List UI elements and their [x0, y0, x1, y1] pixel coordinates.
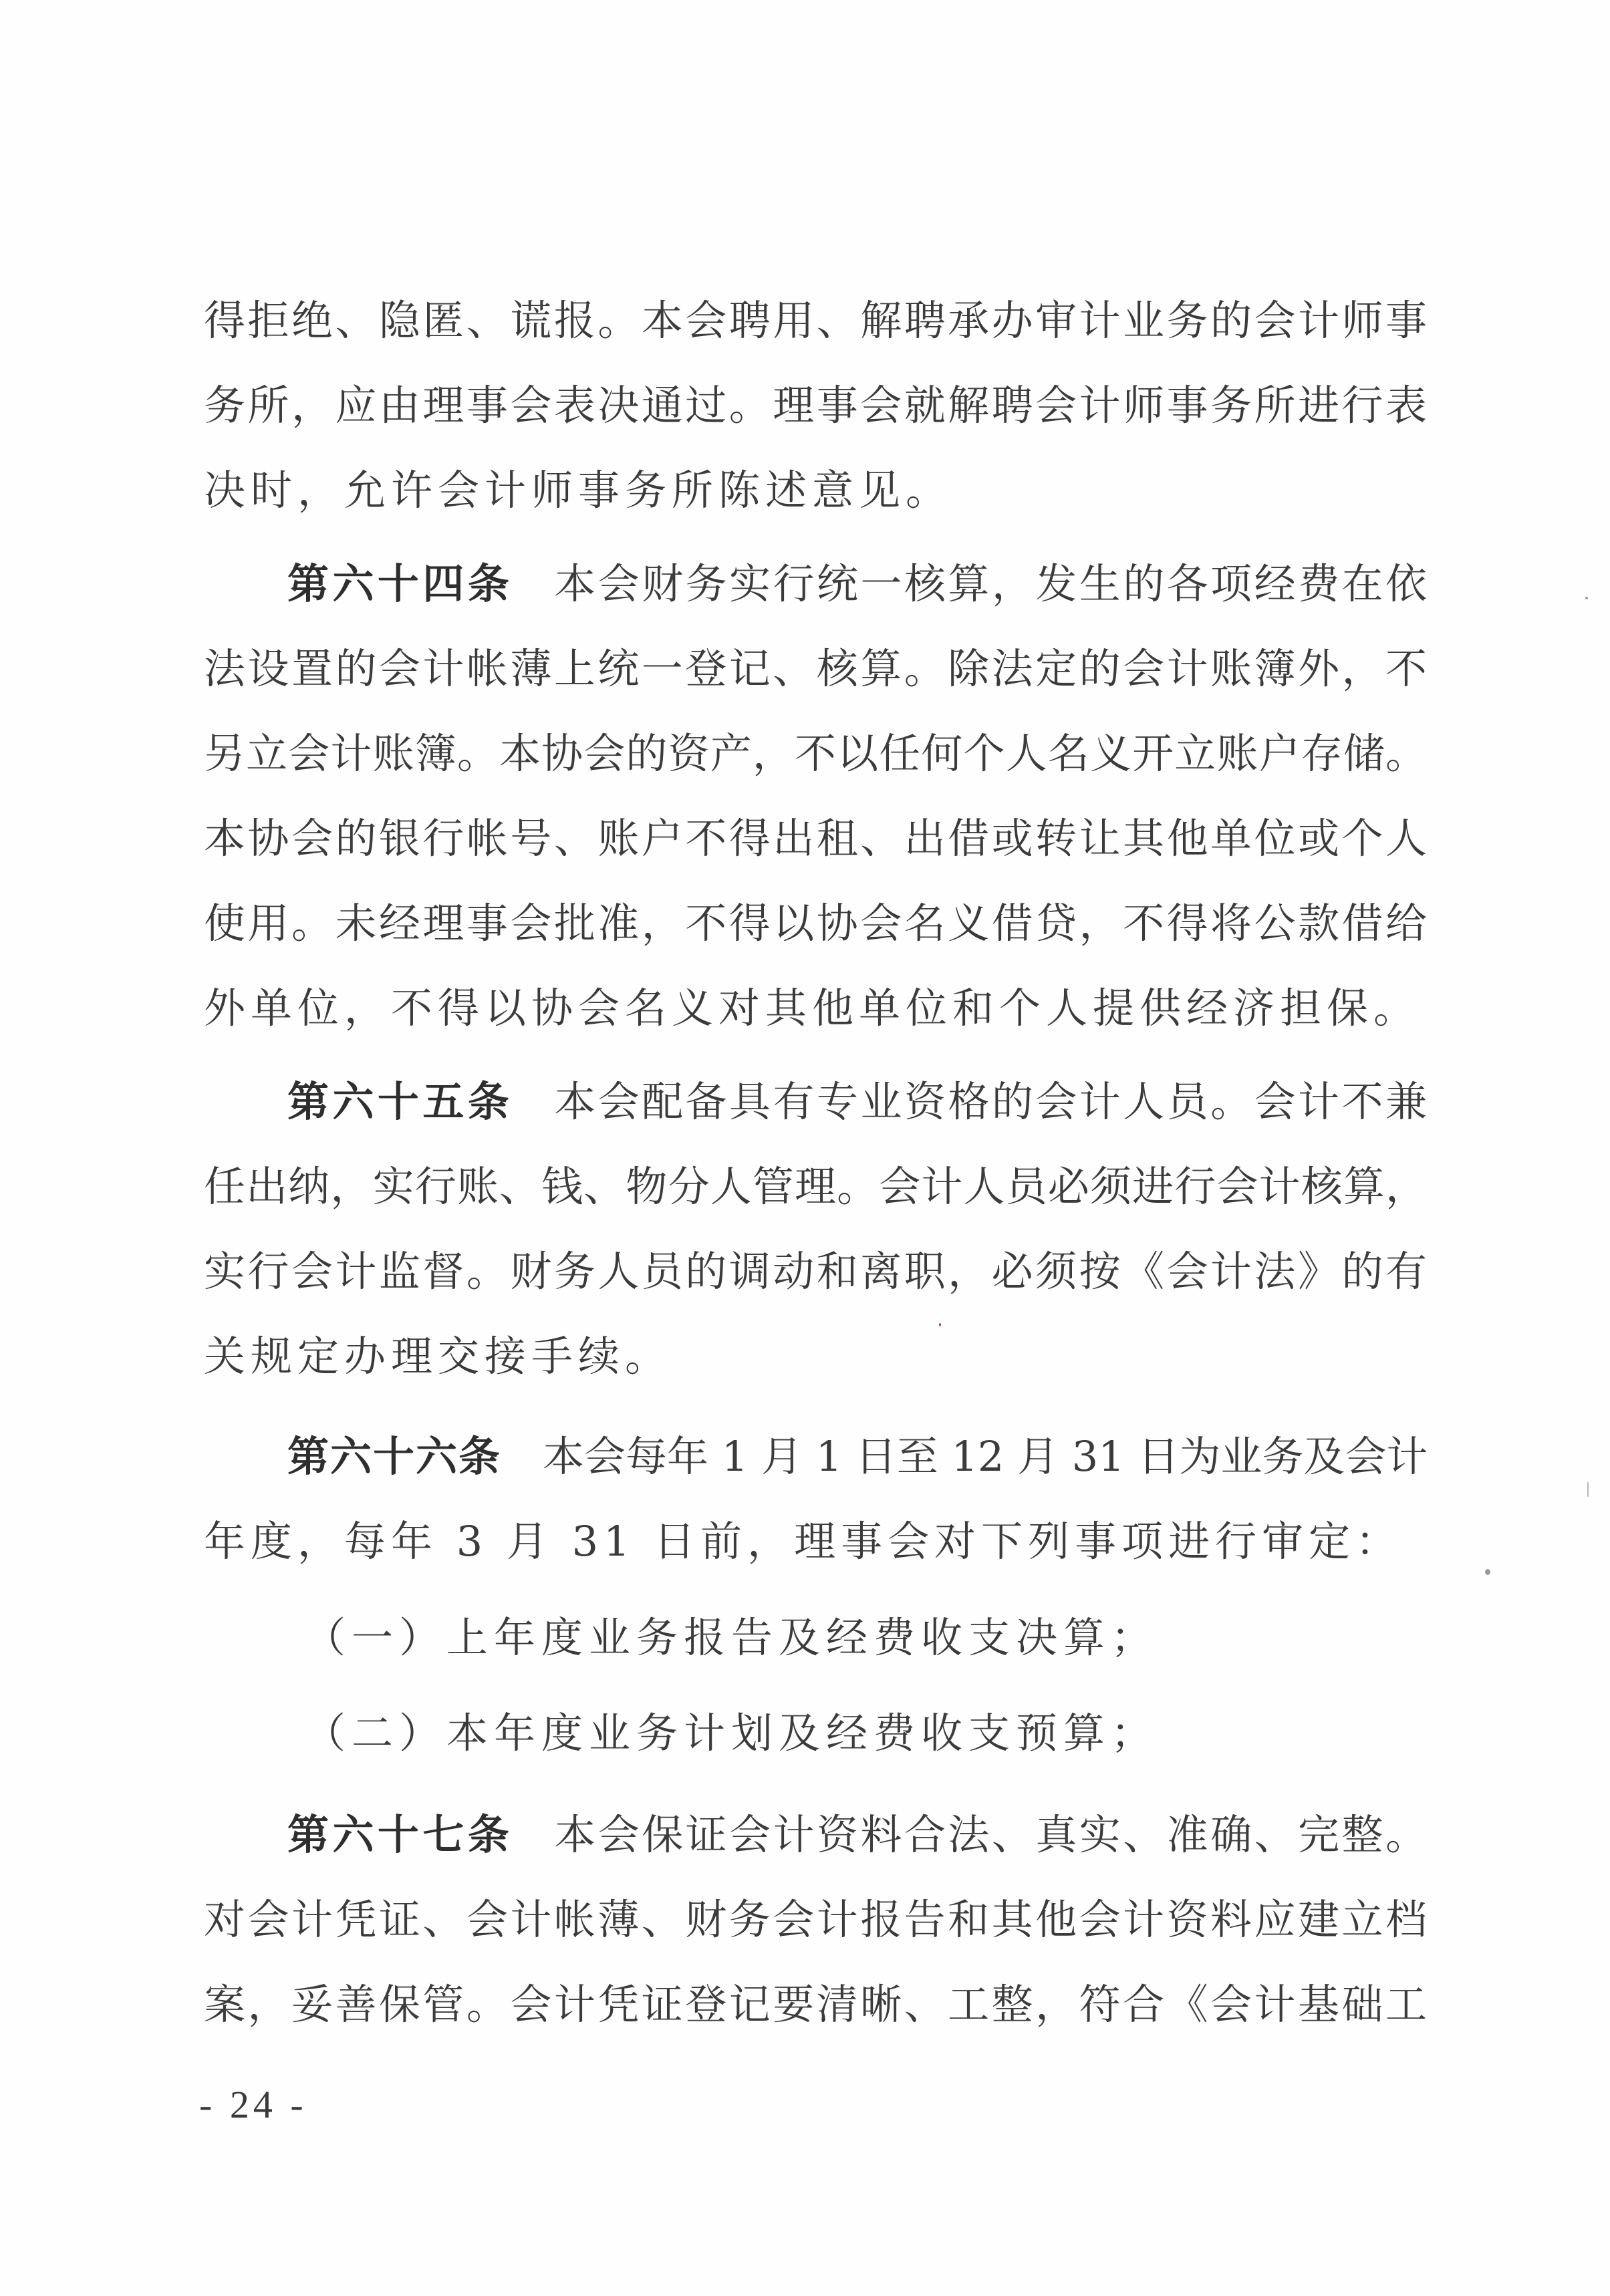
- article-67-first-line: 第六十七条本会保证会计资料合法、真实、准确、完整。: [287, 1805, 1427, 1865]
- document-page: 得拒绝、隐匿、谎报。本会聘用、解聘承办审计业务的会计师事 务所，应由理事会表决通…: [0, 0, 1610, 2296]
- article-text: 本会保证会计资料合法、真实、准确、完整。: [554, 1810, 1427, 1859]
- article-title: 第六十七条: [287, 1810, 513, 1859]
- article-64-first-line: 第六十四条本会财务实行统一核算，发生的各项经费在依: [287, 554, 1427, 614]
- paragraph-line: 得拒绝、隐匿、谎报。本会聘用、解聘承办审计业务的会计师事: [204, 291, 1427, 351]
- article-text: 本会配备具有专业资格的会计人员。会计不兼: [554, 1077, 1427, 1126]
- article-65-first-line: 第六十五条本会配备具有专业资格的会计人员。会计不兼: [287, 1072, 1427, 1132]
- scan-speck: [1587, 1482, 1589, 1497]
- scan-speck: [1485, 1569, 1490, 1575]
- paragraph-line: 本协会的银行帐号、账户不得出租、出借或转让其他单位或个人: [204, 809, 1427, 869]
- paragraph-line: 决时，允许会计师事务所陈述意见。: [204, 460, 1427, 521]
- article-text: 本会每年 1 月 1 日至 12 月 31 日为业务及会计: [543, 1432, 1428, 1481]
- list-item: （一）上年度业务报告及经费收支决算；: [304, 1608, 1158, 1668]
- paragraph-line: 年度，每年 3 月 31 日前，理事会对下列事项进行审定：: [204, 1512, 1427, 1572]
- paragraph-line: 案，妥善保管。会计凭证登记要清晰、工整，符合《会计基础工: [204, 1975, 1427, 2035]
- scan-speck: [939, 1323, 941, 1326]
- article-title: 第六十六条: [287, 1432, 501, 1481]
- article-text: 本会财务实行统一核算，发生的各项经费在依: [554, 559, 1427, 608]
- paragraph-line: 法设置的会计帐薄上统一登记、核算。除法定的会计账簿外，不: [204, 639, 1427, 699]
- paragraph-line: 使用。未经理事会批准，不得以协会名义借贷，不得将公款借给: [204, 893, 1427, 954]
- paragraph-line: 实行会计监督。财务人员的调动和离职，必须按《会计法》的有: [204, 1242, 1427, 1302]
- paragraph-line: 另立会计账簿。本协会的资产，不以任何个人名义开立账户存储。: [204, 724, 1427, 784]
- paragraph-line: 务所，应由理事会表决通过。理事会就解聘会计师事务所进行表: [204, 376, 1427, 436]
- list-item: （二）本年度业务计划及经费收支预算；: [304, 1703, 1158, 1763]
- paragraph-line: 对会计凭证、会计帐薄、财务会计报告和其他会计资料应建立档: [204, 1890, 1427, 1950]
- article-66-first-line: 第六十六条本会每年 1 月 1 日至 12 月 31 日为业务及会计: [287, 1427, 1427, 1487]
- article-title: 第六十五条: [287, 1077, 513, 1126]
- page-number: - 24 -: [199, 2082, 307, 2128]
- scan-speck: [1585, 597, 1588, 599]
- paragraph-line: 外单位，不得以协会名义对其他单位和个人提供经济担保。: [204, 978, 1427, 1038]
- article-title: 第六十四条: [287, 559, 513, 608]
- paragraph-line: 任出纳，实行账、钱、物分人管理。会计人员必须进行会计核算，: [204, 1157, 1427, 1217]
- paragraph-line: 关规定办理交接手续。: [204, 1326, 1427, 1387]
